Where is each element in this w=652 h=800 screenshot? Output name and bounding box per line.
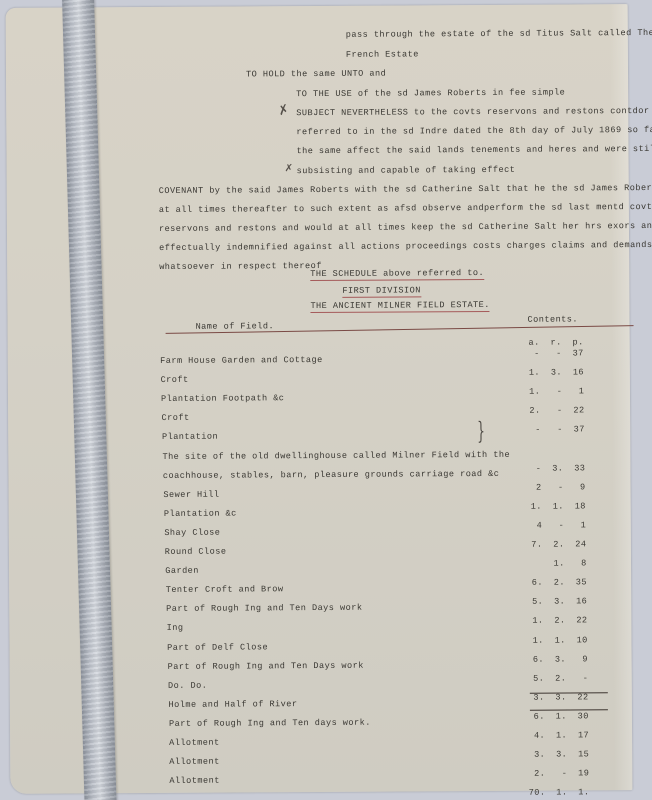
field-name: coachhouse, stables, barn, pleasure grou…: [163, 469, 499, 480]
contents-p: 1: [564, 387, 584, 397]
contents-p: 33: [565, 463, 585, 473]
subject-clause-line: the same affect the said lands tenements…: [296, 145, 652, 156]
contents-a: -: [521, 425, 541, 435]
contents-a: 1.: [524, 635, 544, 645]
contents-a: 1.: [520, 368, 540, 378]
contents-a: 4.: [525, 731, 545, 741]
contents-r: 2.: [545, 578, 565, 588]
contents-a: 2.: [520, 406, 540, 416]
contents-r: -: [547, 769, 567, 779]
covenant-line: effectually indemnified against all acti…: [159, 241, 652, 253]
unit-roods: r.: [542, 338, 562, 348]
covenant-line: COVENANT by the said James Roberts with …: [159, 184, 652, 196]
schedule-table: --37Farm House Garden and Cottage1.3.16C…: [6, 4, 628, 8]
contents-a: 3.: [525, 750, 545, 760]
contents-a: 70.: [525, 788, 545, 798]
contents-column-header: Contents.: [527, 315, 578, 324]
field-name: Allotment: [169, 777, 220, 786]
contents-r: -: [542, 406, 562, 416]
contents-p: 22: [564, 406, 584, 416]
contents-p: 9: [568, 654, 588, 664]
contents-p: 1: [566, 520, 586, 530]
field-name: Part of Rough Ing and Ten days work.: [169, 719, 371, 729]
contents-a: 2.: [525, 769, 545, 779]
contents-r: 3.: [543, 463, 563, 473]
field-name: Allotment: [169, 739, 220, 748]
contents-r: -: [544, 520, 564, 530]
field-name: Farm House Garden and Cottage: [160, 356, 323, 366]
contents-a: 6.: [525, 712, 545, 722]
field-name: Part of Rough Ing and Ten Days work: [166, 604, 362, 614]
contents-p: 17: [569, 730, 589, 740]
contents-r: 3.: [546, 692, 566, 702]
page-edge-shade: [610, 4, 633, 790]
subject-clause-line: SUBJECT NEVERTHELESS to the covts reserv…: [296, 107, 649, 118]
contents-r: -: [542, 387, 562, 397]
schedule-heading: THE SCHEDULE above referred to.: [310, 269, 484, 281]
unit-acres: a.: [520, 338, 540, 348]
contents-a: 6.: [523, 578, 543, 588]
contents-p: 24: [566, 539, 586, 549]
estate-heading: THE ANCIENT MILNER FIELD ESTATE.: [310, 301, 489, 313]
contents-r: 2.: [544, 540, 564, 550]
contents-p: 10: [568, 635, 588, 645]
margin-tick-icon: ✗: [276, 102, 290, 119]
field-name: Sewer Hill: [163, 490, 219, 499]
contents-p: 37: [565, 425, 585, 435]
contents-p: 8: [567, 558, 587, 568]
contents-r: 2.: [546, 673, 566, 683]
field-name: The site of the old dwellinghouse called…: [162, 450, 510, 461]
field-name: Holme and Half of River: [168, 700, 297, 709]
contents-r: 3.: [547, 750, 567, 760]
contents-a: -: [520, 349, 540, 359]
field-name: Garden: [165, 567, 199, 576]
contents-r: 1.: [547, 788, 567, 798]
contents-r: -: [544, 482, 564, 492]
contents-a: 7.: [522, 540, 542, 550]
covenant-line: whatsoever in respect thereof: [159, 262, 322, 272]
field-name: Do. Do.: [168, 681, 207, 690]
unit-perches: p.: [564, 337, 584, 347]
contents-r: 1.: [546, 635, 566, 645]
contents-r: 3.: [546, 654, 566, 664]
contents-p: 30: [569, 711, 589, 721]
subject-clause-line: referred to in the sd Indre dated the 8t…: [296, 126, 652, 137]
field-name: Shay Close: [164, 528, 220, 537]
name-column-header: Name of Field.: [196, 322, 275, 331]
margin-tick-icon: ✗: [285, 163, 293, 174]
contents-r: 1.: [545, 559, 565, 569]
contents-p: 9: [566, 482, 586, 492]
field-name: Ing: [167, 624, 184, 633]
field-name: Part of Delf Close: [167, 643, 268, 652]
contents-p: 18: [566, 501, 586, 511]
contents-a: 2: [522, 482, 542, 492]
contents-p: 37: [564, 348, 584, 358]
division-heading: FIRST DIVISION: [342, 286, 421, 297]
use-clause: TO THE USE of the sd James Roberts in fe…: [296, 88, 565, 98]
field-name: Croft: [161, 414, 189, 423]
contents-a: 4: [522, 521, 542, 531]
field-name: Round Close: [165, 548, 227, 557]
field-name: Tenter Croft and Brow: [166, 585, 284, 594]
contents-a: 1.: [523, 616, 543, 626]
field-name: Allotment: [169, 758, 220, 767]
contents-r: 3.: [542, 368, 562, 378]
contents-p: 16: [564, 367, 584, 377]
contents-a: 5.: [523, 597, 543, 607]
contents-p: 22: [568, 692, 588, 702]
contents-a: 5.: [524, 673, 544, 683]
contents-p: 22: [567, 616, 587, 626]
contents-a: 3.: [524, 692, 544, 702]
contents-p: 35: [567, 578, 587, 588]
contents-r: 2.: [545, 616, 565, 626]
text-line: pass through the estate of the sd Titus …: [346, 29, 652, 39]
contents-r: 1.: [544, 501, 564, 511]
field-name: Croft: [161, 376, 189, 385]
contents-r: 1.: [547, 711, 567, 721]
field-name: Part of Rough Ing and Ten Days work: [168, 661, 364, 671]
contents-p: -: [568, 673, 588, 683]
contents-a: 1.: [522, 501, 542, 511]
field-name: Plantation Footpath &c: [161, 394, 284, 403]
covenant-line: reservons and restons and would at all t…: [159, 222, 652, 234]
contents-p: 19: [569, 769, 589, 779]
subject-clause-line: subsisting and capable of taking effect: [297, 166, 516, 176]
contents-a: 6.: [524, 654, 544, 664]
contents-p: 15: [569, 749, 589, 759]
contents-p: 16: [567, 597, 587, 607]
covenant-line: at all times thereafter to such extent a…: [159, 203, 652, 215]
contents-r: 3.: [545, 597, 565, 607]
field-name: Plantation &c: [164, 509, 237, 518]
contents-a: 1.: [520, 387, 540, 397]
habendum-clause: TO HOLD the same UNTO and: [246, 70, 386, 79]
contents-r: 1.: [547, 730, 567, 740]
contents-p: 1.: [569, 788, 589, 798]
contents-r: -: [542, 349, 562, 359]
brace-icon: }: [477, 417, 485, 445]
contents-a: -: [521, 463, 541, 473]
text-line: French Estate: [346, 50, 419, 59]
field-name: Plantation: [162, 433, 218, 442]
contents-r: -: [543, 425, 563, 435]
